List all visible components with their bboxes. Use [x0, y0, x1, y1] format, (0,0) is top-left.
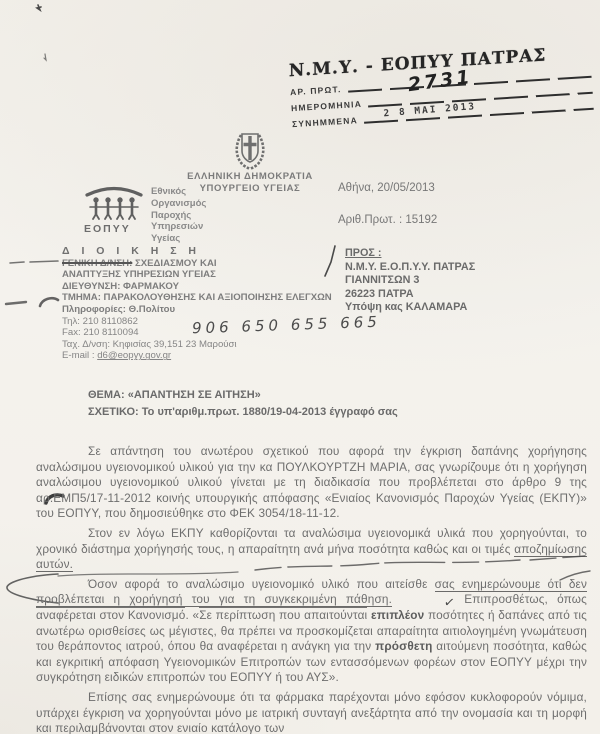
theme-line: ΘΕΜΑ: «ΑΠΑΝΤΗΣΗ ΣΕ ΑΙΤΗΣΗ»	[88, 387, 398, 404]
p3-s6: . «	[185, 608, 199, 622]
scanned-letter-page: Ν.Μ.Υ. - ΕΟΠΥΥ ΠΑΤΡΑΣ ΑΡ. ΠΡΩΤ. ΗΜΕΡΟΜΗΝ…	[0, 0, 600, 734]
p3-underlined-1: σας ενημερώνουμε ότι	[435, 577, 569, 592]
letter-body: Σε απάντηση του ανωτέρου σχετικού που αφ…	[36, 444, 587, 734]
wreath-right	[250, 135, 263, 169]
p3-s1: Όσον αφορά το αναλώσιμο υγειονομικό υλικ…	[88, 577, 435, 591]
postal-address: Ταχ. Δ/νση: Κηφισίας 39,151 23 Μαρούσι	[62, 339, 407, 351]
eopyy-logo: ΕΟΠΥΥ	[84, 186, 146, 235]
republic-line: ΕΛΛΗΝΙΚΗ ΔΗΜΟΚΡΑΤΙΑ	[0, 171, 500, 183]
reference-line: ΣΧΕΤΙΚΟ: Το υπ'αριθμ.πρωτ. 1880/19-04-20…	[88, 404, 398, 421]
org-line: Υγείας	[151, 233, 206, 245]
general-directorate-rest: ΣΧΕΔΙΑΣΜΟΥ ΚΑΙ	[132, 258, 216, 269]
margin-dash-gen-dir	[10, 261, 58, 263]
general-directorate-struck: ΓΕΝΙΚΗ Δ/ΝΣΗ:	[62, 258, 132, 269]
protocol-number: Αριθ.Πρωτ. : 15192	[338, 214, 437, 226]
stamp-protocol-label: ΑΡ. ΠΡΩΤ.	[290, 84, 342, 97]
body-paragraph-3: Όσον αφορά το αναλώσιμο υγειονομικό υλικ…	[36, 577, 587, 686]
directorate-line: ΔΙΕΥΘΥΝΣΗ: ΦΑΡΜΑΚΟΥ	[62, 281, 407, 293]
stamp-date-label: ΗΜΕΡΟΜΗΝΙΑ	[291, 99, 363, 113]
margin-mark-left-2	[40, 298, 58, 306]
general-directorate-line: ΓΕΝΙΚΗ Δ/ΝΣΗ: ΣΧΕΔΙΑΣΜΟΥ ΚΑΙ	[62, 258, 407, 270]
cross	[244, 136, 257, 160]
p3-bold-epipleon: επιπλέον	[371, 608, 424, 622]
org-line: Οργανισμός	[151, 198, 206, 210]
p3-s4: Επιπροσθέτως, όπως	[455, 592, 587, 606]
department-line: ΤΜΗΜΑ: ΠΑΡΑΚΟΛΟΥΘΗΣΗΣ ΚΑΙ ΑΞΙΟΠΟΙΗΣΗΣ ΕΛ…	[62, 292, 407, 304]
ink-speck-top	[37, 5, 41, 10]
body-paragraph-2: Στον εν λόγω ΕΚΠΥ καθορίζονται τα αναλώσ…	[36, 526, 587, 573]
org-line: Παροχής	[151, 210, 206, 222]
greek-coat-of-arms-icon	[233, 131, 267, 171]
p2-text: Στον εν λόγω ΕΚΠΥ καθορίζονται τα αναλώσ…	[36, 526, 587, 556]
body-paragraph-4: Επίσης σας ενημερώνουμε ότι τα φάρμακα π…	[36, 690, 587, 734]
organisation-name: Εθνικός Οργανισμός Παροχής Υπηρεσιών Υγε…	[151, 186, 206, 245]
org-line: Εθνικός	[151, 186, 206, 198]
subject-block: ΘΕΜΑ: «ΑΠΑΝΤΗΣΗ ΣΕ ΑΙΤΗΣΗ» ΣΧΕΤΙΚΟ: Το υ…	[88, 387, 398, 421]
general-directorate-line2: ΑΝΑΠΤΥΞΗΣ ΥΠΗΡΕΣΙΩΝ ΥΓΕΙΑΣ	[62, 269, 407, 281]
city-and-date: Αθήνα, 20/05/2013	[338, 182, 435, 194]
handwritten-inline-checkmark: ✓	[392, 596, 454, 605]
p3-bold-prostheti: πρόσθετη	[375, 639, 432, 653]
margin-mark-left-1	[6, 302, 26, 304]
org-line: Υπηρεσιών	[151, 221, 206, 233]
email-line: E-mail : d6@eopyy.gov.gr	[62, 350, 407, 362]
eopyy-figures-icon	[84, 186, 144, 222]
administration-title: Δ Ι Ο Ι Κ Η Σ Η	[62, 246, 407, 258]
body-paragraph-1: Σε απάντηση του ανωτέρου σχετικού που αφ…	[36, 444, 587, 522]
wreath-left	[237, 135, 250, 169]
eopyy-logo-label: ΕΟΠΥΥ	[84, 223, 146, 235]
p3-overlined-2: Σε περίπτωση που απαιτούνται	[199, 607, 367, 622]
receipt-stamp: Ν.Μ.Υ. - ΕΟΠΥΥ ΠΑΤΡΑΣ ΑΡ. ΠΡΩΤ. ΗΜΕΡΟΜΗΝ…	[288, 43, 594, 129]
ink-speck-left	[44, 54, 46, 60]
sender-block: Δ Ι Ο Ι Κ Η Σ Η ΓΕΝΙΚΗ Δ/ΝΣΗ: ΣΧΕΔΙΑΣΜΟΥ…	[62, 246, 407, 362]
email-link[interactable]: d6@eopyy.gov.gr	[97, 350, 171, 361]
email-label: E-mail :	[62, 350, 97, 361]
p3-overlined-1: αναφέρεται στον Κανονισμό	[36, 607, 185, 622]
stamp-attachments-label: ΣΥΝΗΜΜΕΝΑ	[292, 115, 358, 129]
